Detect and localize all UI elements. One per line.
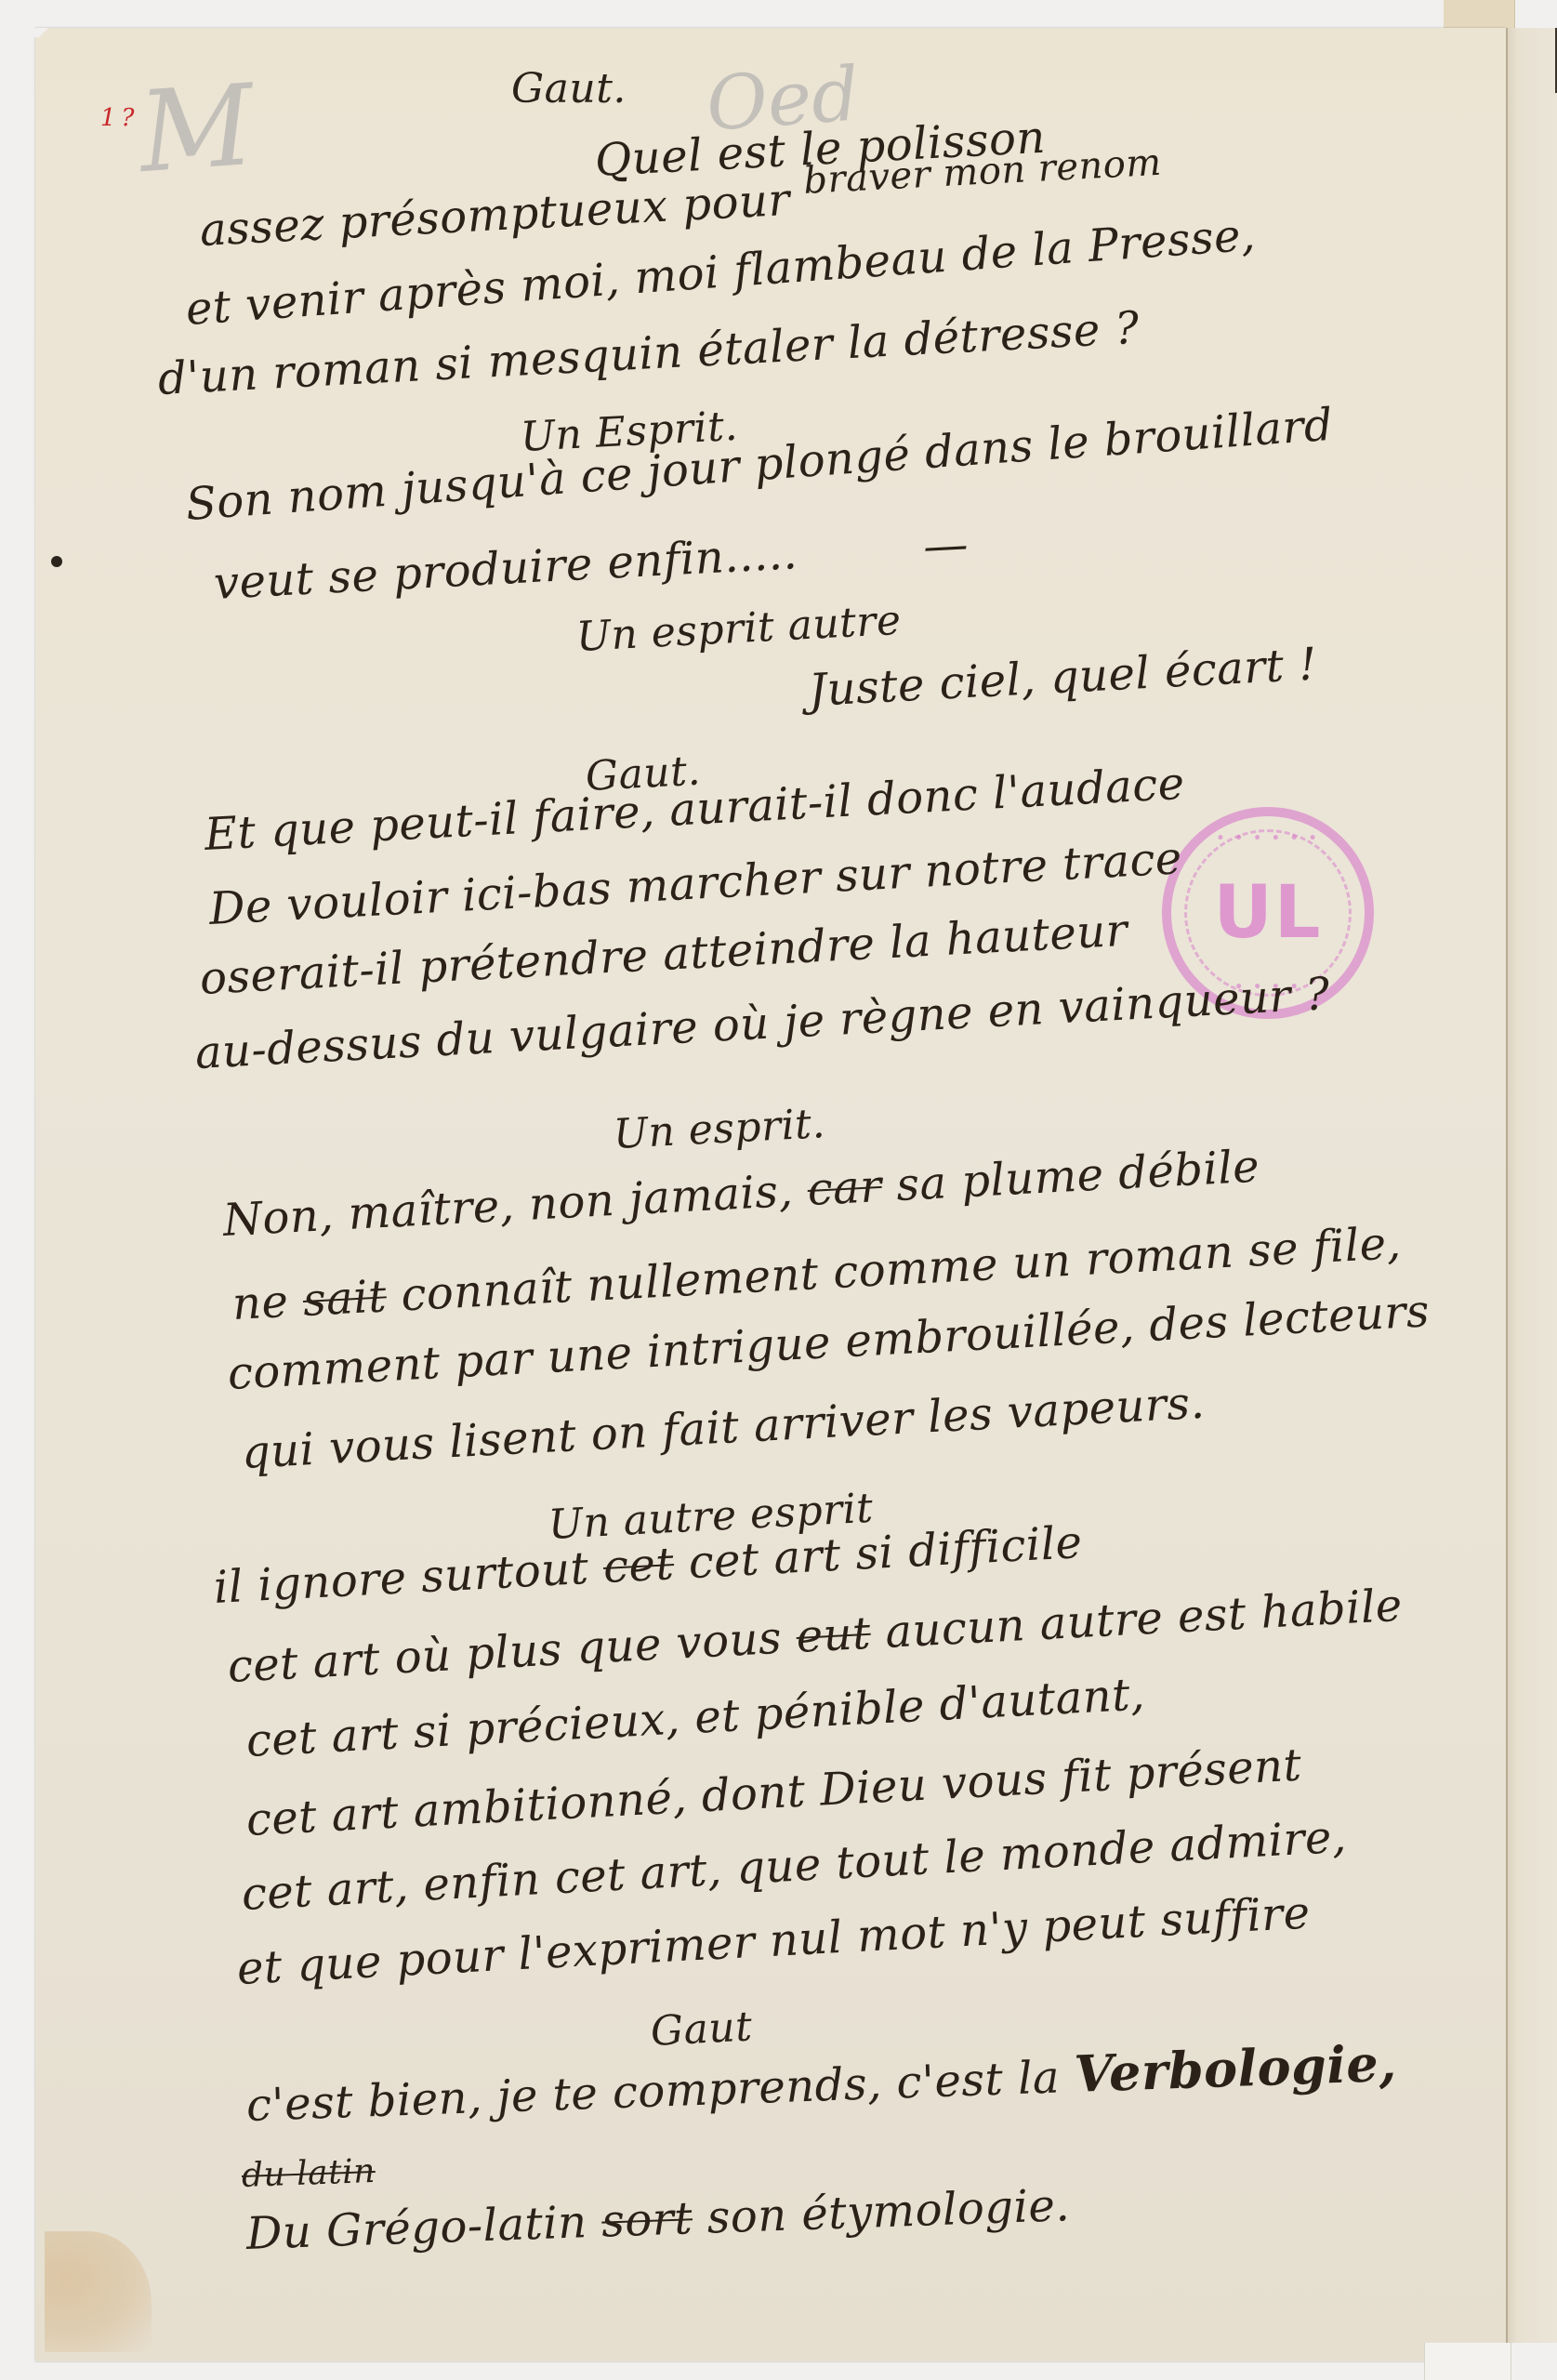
struck-word: sait (302, 1270, 389, 1327)
page-tab-bottom (1424, 2343, 1511, 2380)
struck-line: du latin (241, 2152, 376, 2195)
speaker-label: Gaut (650, 2003, 754, 2056)
struck-word: eut (795, 1607, 872, 1663)
verse-segment: ne (231, 1276, 290, 1330)
speaker-label: Gaut. (511, 65, 627, 112)
pencil-bleedthrough: M (135, 61, 257, 198)
folded-leaf-edge (1506, 28, 1557, 2343)
ink-blot (51, 556, 62, 567)
stamp-center-text: UL (1213, 871, 1322, 955)
struck-word: cet (602, 1538, 676, 1593)
dash-mark: — (922, 518, 970, 572)
struck-word: car (806, 1160, 883, 1216)
folio-mark: 1? (100, 104, 139, 132)
emphasized-word: Verbologie, (1073, 2033, 1397, 2104)
page-tab-top (1444, 0, 1515, 32)
stamp-ring-text: • • • • • • (1171, 831, 1365, 846)
struck-word: sort (600, 2192, 693, 2247)
